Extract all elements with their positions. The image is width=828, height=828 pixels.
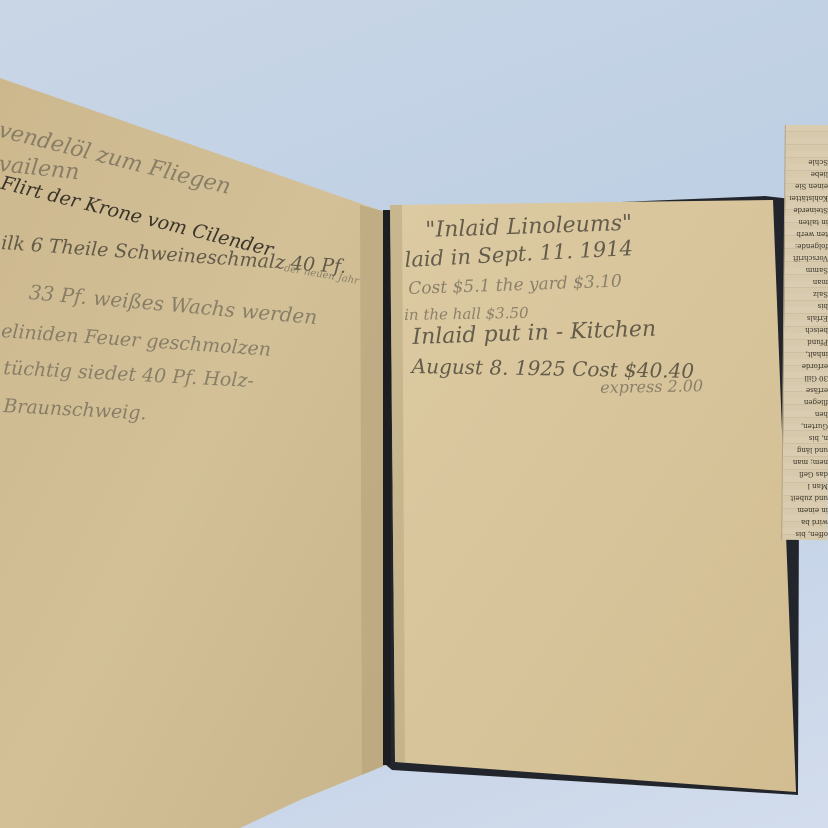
clipping-text: offen, bis wird ba in einem und zubeit M… <box>790 140 828 540</box>
right-line-7: express 2.00 <box>600 376 703 397</box>
spine <box>383 210 391 765</box>
photo-scene: offen, bis wird ba in einem und zubeit M… <box>0 0 828 828</box>
